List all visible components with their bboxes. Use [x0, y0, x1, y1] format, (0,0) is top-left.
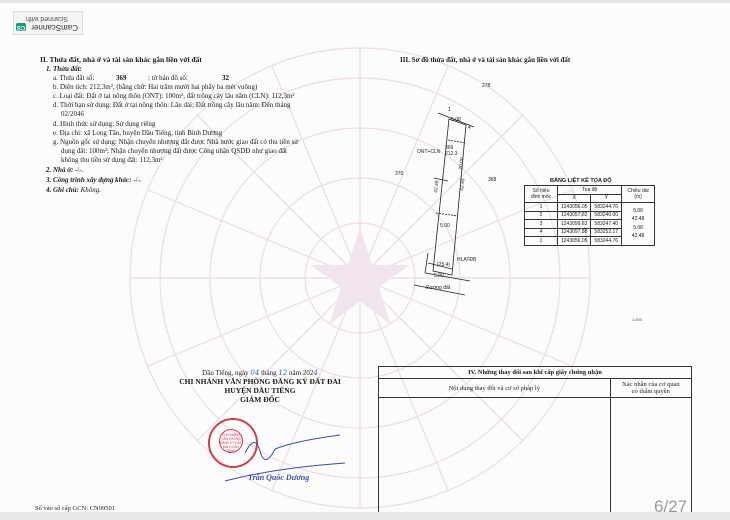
- edge-bottom: 5.00: [434, 273, 444, 279]
- coords-table-title: BẢNG LIỆT KÊ TỌA ĐỘ: [550, 178, 612, 184]
- section2-title: II. Thửa đất, nhà ở và tài sản khác gắn …: [40, 55, 202, 64]
- usage-form-line: d. Hình thức sử dụng: Sử dụng riêng: [53, 120, 155, 128]
- parcel-area: 212.3: [445, 151, 458, 157]
- camscanner-badge: CS CamScanner Scanned with: [13, 11, 83, 35]
- camscanner-logo-icon: CS: [16, 23, 26, 31]
- land-heading: 1. Thửa đất:: [46, 65, 82, 73]
- house-line: 2. Nhà ở: -/-.: [46, 166, 83, 174]
- edge-top: 5.08: [451, 117, 461, 123]
- map-no: 32: [222, 74, 229, 82]
- section3-title: III. Sơ đồ thửa đất, nhà ở và tài sản kh…: [400, 56, 570, 64]
- note-line: 4. Ghi chú: Không.: [46, 186, 101, 194]
- director-title: GIÁM ĐỐC: [150, 395, 370, 404]
- bottom-edge: [0, 512, 730, 520]
- neighbor-right: 368: [488, 177, 497, 183]
- corner-4: 4: [468, 125, 471, 131]
- coords-header-x: X: [558, 194, 591, 203]
- term-line-2: 02/2046: [61, 110, 84, 118]
- issue-year-digit: 4: [313, 369, 317, 377]
- signer-name: Trần Quốc Dương: [248, 473, 309, 482]
- edge-mid: 5.00: [440, 223, 450, 229]
- issue-date: Dầu Tiếng, ngày 04 tháng 12 năm 2024: [150, 369, 370, 377]
- note-label: 4. Ghi chú:: [46, 186, 79, 194]
- page-indicator: 6/27: [654, 497, 687, 513]
- corner-1: 1: [448, 107, 451, 113]
- section4-title: IV. Những thay đổi sau khi cấp giấy chứn…: [379, 367, 692, 379]
- note-value: Không.: [79, 186, 101, 194]
- coords-header-coord: Tọa độ: [558, 186, 622, 195]
- org-line-1: CHI NHÁNH VĂN PHÒNG ĐĂNG KÝ ĐẤT ĐAI: [150, 377, 370, 386]
- edge-left: 42.48: [433, 180, 441, 193]
- other-works-value: -/-.: [132, 176, 142, 184]
- binder-mark: [24, 50, 26, 90]
- origin-line-2: dụng đất: 100m²; Nhận chuyển nhượng đất …: [61, 147, 287, 155]
- edge-inner: 20.00: [458, 157, 466, 170]
- changes-col-content: Nội dung thay đổi và cơ sở pháp lý: [379, 379, 611, 398]
- issue-month: 12: [278, 369, 287, 377]
- road-label: Đường đất: [426, 285, 451, 291]
- land-type-line: c. Loại đất: Đất ở tại nông thôn (ONT): …: [53, 92, 295, 100]
- origin-line-3: không thu tiền sử dụng đất: 112,3m²: [61, 156, 163, 164]
- house-label: 2. Nhà ở:: [46, 166, 73, 174]
- map-scale: 1:200: [632, 317, 642, 322]
- neighbor-top: 278: [482, 83, 491, 89]
- neighbor-left: 370: [395, 171, 404, 177]
- changes-col-confirm: Xác nhận của cơ quancó thẩm quyền: [610, 379, 691, 398]
- coords-header-point: Số hiệu đỉnh mốc: [525, 186, 558, 203]
- road-width: (25.4): [437, 262, 450, 268]
- gcn-register-number: Số vào sổ cấp GCN: CN09501: [35, 505, 115, 512]
- edge-right: 42.48: [459, 178, 467, 191]
- map-no-label: ; tờ bản đồ số:: [148, 74, 188, 82]
- parcel-no-label: a. Thửa đất số:: [53, 74, 94, 82]
- changes-table: IV. Những thay đổi sau khi cấp giấy chứn…: [378, 366, 692, 513]
- issue-day: 04: [250, 369, 259, 377]
- table-row: 11243056.05583244.765.0842.485.0842.48: [525, 203, 655, 212]
- origin-line-1: g. Nguồn gốc sử dụng: Nhận chuyển nhượng…: [53, 138, 298, 146]
- coords-table: Số hiệu đỉnh mốc Tọa độ Chiều dài (m) X …: [524, 185, 655, 246]
- coords-header-y: Y: [591, 194, 622, 203]
- other-works-label: 3. Công trình xây dựng khác:: [46, 176, 132, 184]
- camscanner-brand: CamScanner: [31, 23, 78, 32]
- house-value: -/-.: [73, 166, 83, 174]
- changes-content-cell: [379, 398, 611, 513]
- area-line: b. Diện tích: 212,3m², (bằng chữ: Hai tr…: [53, 83, 257, 91]
- document-page: CS CamScanner Scanned with II. Thửa đất,…: [0, 3, 730, 513]
- parcel-no: 369: [116, 74, 127, 82]
- org-line-2: HUYỆN DẦU TIẾNG: [150, 386, 370, 395]
- changes-confirm-cell: [610, 398, 691, 513]
- camscanner-sub: Scanned with: [26, 15, 68, 22]
- address-line: e. Địa chỉ: xã Long Tân, huyện Dầu Tiếng…: [53, 129, 222, 137]
- side-label: HLATĐB: [457, 257, 477, 263]
- signature-block: Dầu Tiếng, ngày 04 tháng 12 năm 2024 CHI…: [150, 369, 370, 404]
- lengths-cell: 5.0842.485.0842.48: [622, 203, 655, 246]
- term-line: d. Thời hạn sử dụng: Đất ở tại nông thôn…: [53, 101, 291, 109]
- coords-header-length: Chiều dài (m): [622, 186, 655, 203]
- parcel-type: ONT+CLN: [417, 149, 441, 155]
- other-works-line: 3. Công trình xây dựng khác: -/-.: [46, 176, 142, 184]
